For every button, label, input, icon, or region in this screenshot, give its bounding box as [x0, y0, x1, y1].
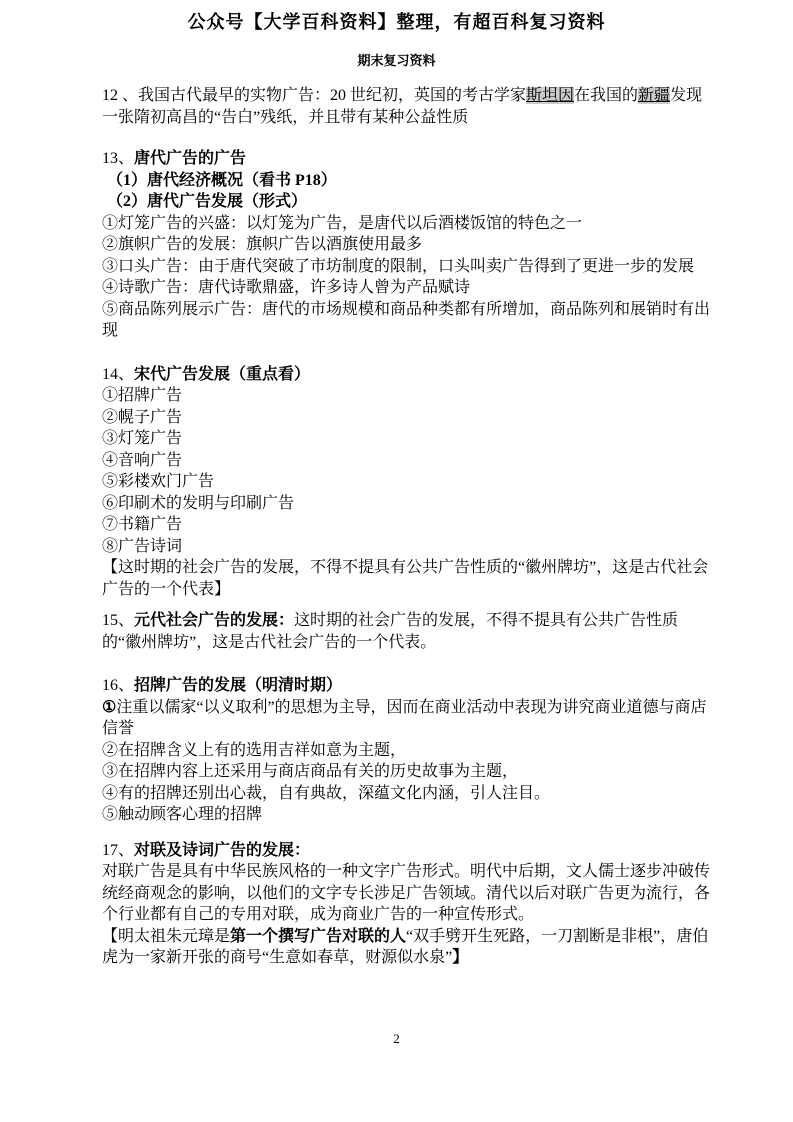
note-paragraph: 【这时期的社会广告的发展，不得不提具有公共广告性质的“徽州牌坊”，这是古代社会广… — [102, 557, 716, 600]
section-heading: 14、宋代广告发展（重点看） — [102, 364, 716, 386]
doc-title: 期末复习资料 — [0, 50, 793, 69]
list-item: ③口头广告：由于唐代突破了市坊制度的限制，口头叫卖广告得到了更进一步的发展 — [102, 256, 716, 278]
document-page: 公众号【大学百科资料】整理，有超百科复习资料 期末复习资料 12 、我国古代最早… — [0, 0, 793, 1122]
list-item: ⑥印刷术的发明与印刷广告 — [102, 493, 716, 515]
section-heading: 17、对联及诗词广告的发展： — [102, 840, 716, 862]
section-title: 宋代广告发展（重点看） — [134, 366, 310, 383]
list-item: ⑤触动顾客心理的招牌 — [102, 804, 716, 826]
list-item: ②在招牌含义上有的选用吉祥如意为主题， — [102, 740, 716, 762]
bold-run: 第一个撰写广告对联的人 — [230, 928, 406, 945]
list-item: ⑤彩楼欢门广告 — [102, 471, 716, 493]
section-number: 15、 — [102, 612, 134, 629]
section-number: 17、 — [102, 842, 134, 859]
list-item: ①招牌广告 — [102, 385, 716, 407]
section-heading: 16、招牌广告的发展（明清时期） — [102, 675, 716, 697]
list-item: ④诗歌广告：唐代诗歌鼎盛，许多诗人曾为产品赋诗 — [102, 277, 716, 299]
section-13: 13、唐代广告的广告 （1）唐代经济概况（看书 P18） （2）唐代广告发展（形… — [102, 148, 716, 342]
list-bullet: ① — [102, 699, 116, 716]
section-16: 16、招牌广告的发展（明清时期） ①注重以儒家“以义取利”的思想为主导，因而在商… — [102, 675, 716, 826]
section-number: 14、 — [102, 366, 134, 383]
section-title: 对联及诗词广告的发展： — [134, 842, 310, 859]
list-item: ⑦书籍广告 — [102, 514, 716, 536]
text-run: 注重以儒家“以义取利”的思想为主导，因而在商业活动中表现为讲究商业道德与商店信誉 — [102, 699, 707, 738]
section-number: 16、 — [102, 677, 134, 694]
sub-heading: （2）唐代广告发展（形式） — [102, 191, 716, 213]
page-header: 公众号【大学百科资料】整理，有超百科复习资料 — [0, 0, 793, 34]
list-item: ①灯笼广告的兴盛：以灯笼为广告，是唐代以后酒楼饭馆的特色之一 — [102, 213, 716, 235]
bold-run: 】 — [452, 949, 468, 966]
document-body: 12 、我国古代最早的实物广告：20 世纪初，英国的考古学家斯坦因在我国的新疆发… — [102, 85, 716, 969]
highlighted-term-xinjiang: 新疆 — [638, 87, 670, 104]
text-run: 【明太祖朱元璋是 — [102, 928, 230, 945]
section-paragraph: 15、元代社会广告的发展：这时期的社会广告的发展，不得不提具有公共广告性质的“徽… — [102, 610, 716, 653]
sub-heading: （1）唐代经济概况（看书 P18） — [102, 170, 716, 192]
text-run: 在我国的 — [574, 87, 638, 104]
section-title: 招牌广告的发展（明清时期） — [134, 677, 342, 694]
list-item: ⑤商品陈列展示广告：唐代的市场规模和商品种类都有所增加，商品陈列和展销时有出现 — [102, 299, 716, 342]
section-title: 元代社会广告的发展： — [134, 612, 294, 629]
list-item: ④音响广告 — [102, 450, 716, 472]
list-item: ②幌子广告 — [102, 407, 716, 429]
section-paragraph: 对联广告是具有中华民族风格的一种文字广告形式。明代中后期，文人儒士逐步冲破传统经… — [102, 861, 716, 926]
list-item: ②旗帜广告的发展：旗帜广告以酒旗使用最多 — [102, 234, 716, 256]
highlighted-term-stein: 斯坦因 — [526, 87, 574, 104]
list-item: ③灯笼广告 — [102, 428, 716, 450]
section-15: 15、元代社会广告的发展：这时期的社会广告的发展，不得不提具有公共广告性质的“徽… — [102, 610, 716, 653]
section-14: 14、宋代广告发展（重点看） ①招牌广告 ②幌子广告 ③灯笼广告 ④音响广告 ⑤… — [102, 364, 716, 601]
list-item: ③在招牌内容上还采用与商店商品有关的历史故事为主题， — [102, 761, 716, 783]
section-title: 唐代广告的广告 — [134, 150, 246, 167]
list-item: ④有的招牌还别出心裁，自有典故，深蕴文化内涵，引人注目。 — [102, 783, 716, 805]
paragraph-12: 12 、我国古代最早的实物广告：20 世纪初，英国的考古学家斯坦因在我国的新疆发… — [102, 85, 716, 128]
page-number: 2 — [0, 1031, 793, 1047]
section-heading: 13、唐代广告的广告 — [102, 148, 716, 170]
note-paragraph: 【明太祖朱元璋是第一个撰写广告对联的人“双手劈开生死路，一刀割断是非根”，唐伯虎… — [102, 926, 716, 969]
section-number: 13、 — [102, 150, 134, 167]
section-17: 17、对联及诗词广告的发展： 对联广告是具有中华民族风格的一种文字广告形式。明代… — [102, 840, 716, 969]
list-item: ⑧广告诗词 — [102, 536, 716, 558]
list-item: ①注重以儒家“以义取利”的思想为主导，因而在商业活动中表现为讲究商业道德与商店信… — [102, 697, 716, 740]
text-run: 12 、我国古代最早的实物广告：20 世纪初，英国的考古学家 — [102, 87, 526, 104]
